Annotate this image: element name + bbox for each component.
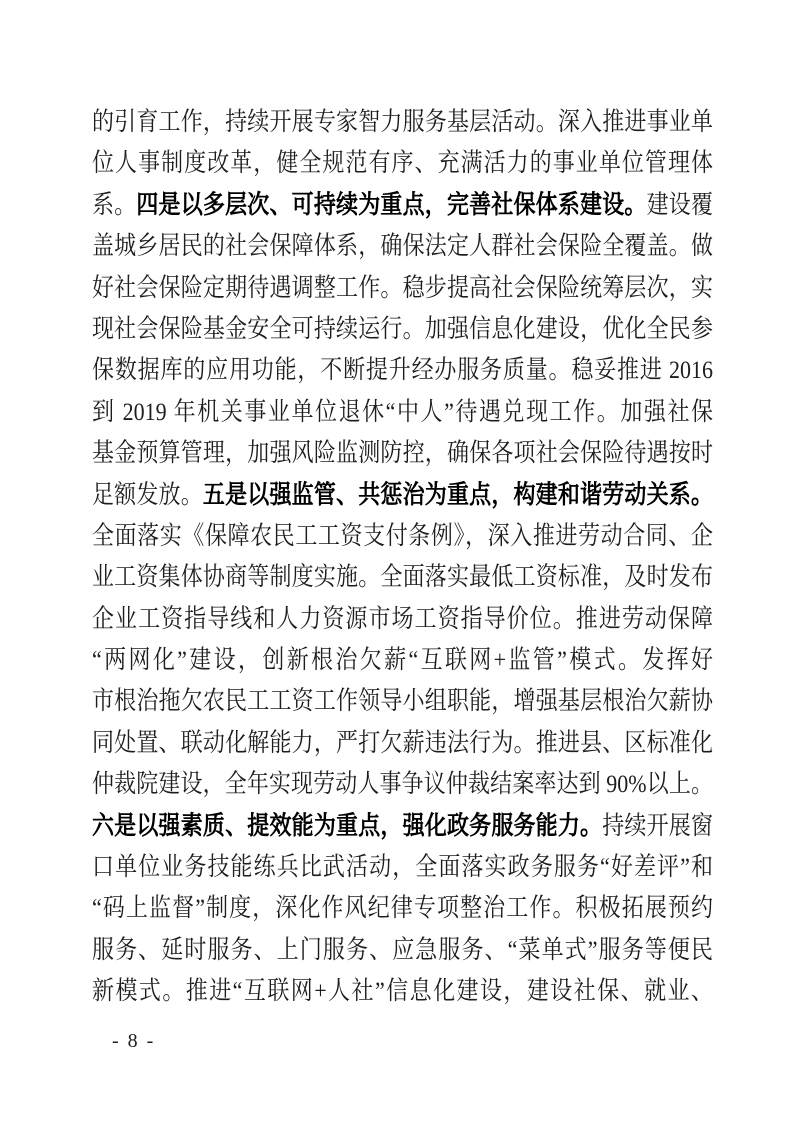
document-page: 的引育工作，持续开展专家智力服务基层活动。深入推进事业单位人事制度改革，健全规范…: [0, 0, 793, 1122]
text-segment: 持续开展窗: [602, 811, 713, 840]
text-segment: 位人事制度改革，健全规范有序、充满活力的事业单位管理体: [92, 148, 713, 177]
text-segment: 服务、延时服务、上门服务、应急服务、“菜单式”服务等便民: [92, 935, 713, 964]
bold-text-segment: 四是以多层次、可持续为重点，完善社保体系建设。: [136, 190, 646, 219]
text-segment: 好社会保险定期待遇调整工作。稳步提高社会保险统筹层次，实: [92, 273, 713, 302]
text-segment: 建设覆: [647, 190, 713, 219]
text-segment: 同处置、联动化解能力，严打欠薪违法行为。推进县、区标准化: [92, 728, 713, 757]
page-number: - 8 -: [112, 1029, 155, 1053]
text-segment: 的引育工作，持续开展专家智力服务基层活动。深入推进事业单: [92, 107, 713, 136]
text-segment: 企业工资指导线和人力资源市场工资指导价位。推进劳动保障: [92, 604, 713, 633]
text-segment: 新模式。推进“互联网+人社”信息化建设，建设社保、就业、: [92, 976, 713, 1005]
text-line: 新模式。推进“互联网+人社”信息化建设，建设社保、就业、: [92, 967, 713, 1015]
text-line: 盖城乡居民的社会保障体系，确保法定人群社会保险全覆盖。做: [92, 222, 713, 270]
text-segment: 现社会保险基金安全可持续运行。加强信息化建设，优化全民参: [92, 314, 713, 343]
text-segment: 系。: [92, 190, 136, 219]
text-segment: 市根治拖欠农民工工资工作领导小组职能，增强基层根治欠薪协: [92, 686, 713, 715]
text-segment: “码上监督”制度，深化作风纪律专项整治工作。积极拓展预约: [92, 893, 713, 922]
text-segment: 盖城乡居民的社会保障体系，确保法定人群社会保险全覆盖。做: [92, 231, 713, 260]
text-line: 基金预算管理，加强风险监测防控，确保各项社会保险待遇按时: [92, 429, 713, 477]
text-segment: 业工资集体协商等制度实施。全面落实最低工资标准，及时发布: [92, 562, 713, 591]
text-segment: 到 2019 年机关事业单位退休“中人”待遇兑现工作。加强社保: [92, 397, 713, 426]
text-segment: 保数据库的应用功能，不断提升经办服务质量。稳妥推进 2016: [92, 355, 713, 384]
bold-text-segment: 五是以强监管、共惩治为重点，构建和谐劳动关系。: [203, 479, 713, 508]
text-segment: 基金预算管理，加强风险监测防控，确保各项社会保险待遇按时: [92, 438, 713, 467]
text-segment: 足额发放。: [92, 479, 203, 508]
text-segment: “两网化”建设，创新根治欠薪“互联网+监管”模式。发挥好: [92, 645, 713, 674]
text-segment: 口单位业务技能练兵比武活动，全面落实政务服务“好差评”和: [92, 852, 713, 881]
text-segment: 仲裁院建设，全年实现劳动人事争议仲裁结案率达到 90%以上。: [92, 769, 713, 798]
text-segment: 全面落实《保障农民工工资支付条例》，深入推进劳动合同、企: [92, 521, 713, 550]
bold-text-segment: 六是以强素质、提效能为重点，强化政务服务能力。: [92, 811, 602, 840]
document-body: 的引育工作，持续开展专家智力服务基层活动。深入推进事业单位人事制度改革，健全规范…: [92, 101, 713, 1012]
